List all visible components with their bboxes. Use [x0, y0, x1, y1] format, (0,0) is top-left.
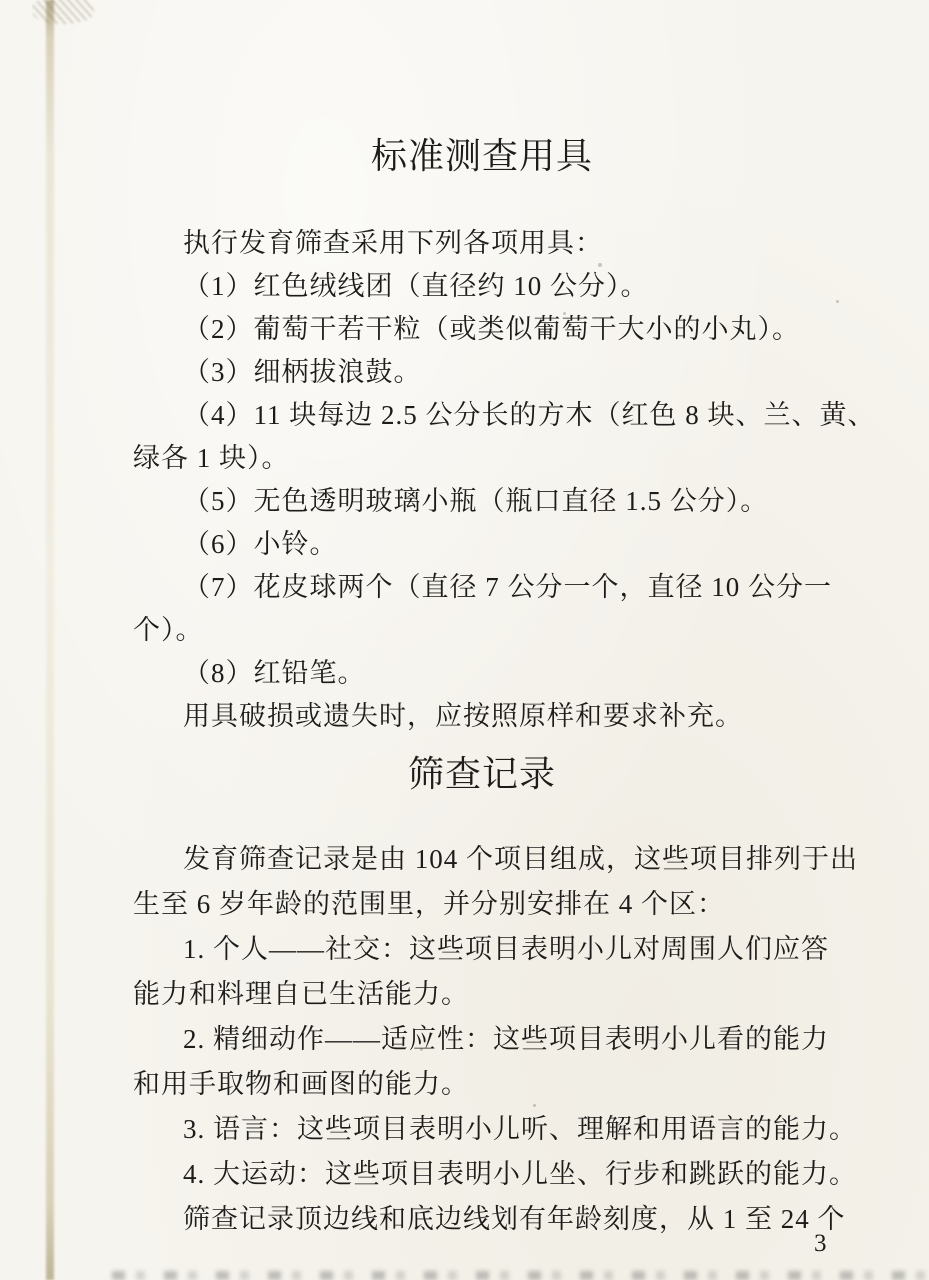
text-line: 筛查记录顶边线和底边线划有年龄刻度，从 1 至 24 个	[133, 1197, 883, 1242]
list-item: （5）无色透明玻璃小瓶（瓶口直径 1.5 公分）。	[133, 480, 883, 523]
scan-bottom-bleed	[112, 1271, 925, 1280]
text-line-continuation: 生至 6 岁年龄的范围里，并分别安排在 4 个区：	[133, 882, 883, 927]
list-item: （1）红色绒线团（直径约 10 公分）。	[133, 265, 883, 308]
numbered-item: 4. 大运动：这些项目表明小儿坐、行步和跳跃的能力。	[133, 1152, 883, 1197]
scanned-book-page: 标准测查用具 执行发育筛查采用下列各项用具： （1）红色绒线团（直径约 10 公…	[0, 0, 929, 1280]
numbered-item: 3. 语言：这些项目表明小儿听、理解和用语言的能力。	[133, 1107, 883, 1152]
section1-title: 标准测查用具	[107, 134, 857, 178]
list-item: （8）红铅笔。	[133, 652, 883, 695]
list-item: （2）葡萄干若干粒（或类似葡萄干大小的小丸）。	[133, 308, 883, 351]
list-item: （7）花皮球两个（直径 7 公分一个，直径 10 公分一	[133, 566, 883, 609]
list-item: （3）细柄拔浪鼓。	[133, 351, 883, 394]
numbered-item-continuation: 能力和料理自已生活能力。	[133, 972, 883, 1017]
text-line: 执行发育筛查采用下列各项用具：	[133, 222, 883, 265]
list-item-continuation: 个）。	[133, 609, 883, 652]
section1-body: 执行发育筛查采用下列各项用具： （1）红色绒线团（直径约 10 公分）。 （2）…	[133, 222, 883, 738]
list-item: （4）11 块每边 2.5 公分长的方木（红色 8 块、兰、黄、	[133, 394, 883, 437]
page-binding-edge	[46, 0, 54, 1280]
scan-corner-artifact	[32, 0, 94, 24]
numbered-item: 1. 个人——社交：这些项目表明小儿对周围人们应答	[133, 927, 883, 972]
text-line: 发育筛查记录是由 104 个项目组成，这些项目排列于出	[133, 837, 883, 882]
numbered-item: 2. 精细动作——适应性：这些项目表明小儿看的能力	[133, 1017, 883, 1062]
list-item: （6）小铃。	[133, 523, 883, 566]
list-item-continuation: 绿各 1 块）。	[133, 437, 883, 480]
section2-body: 发育筛查记录是由 104 个项目组成，这些项目排列于出 生至 6 岁年龄的范围里…	[133, 837, 883, 1242]
section2-title: 筛查记录	[107, 752, 857, 796]
page-number: 3	[814, 1229, 827, 1259]
numbered-item-continuation: 和用手取物和画图的能力。	[133, 1062, 883, 1107]
text-line: 用具破损或遗失时，应按照原样和要求补充。	[133, 695, 883, 738]
